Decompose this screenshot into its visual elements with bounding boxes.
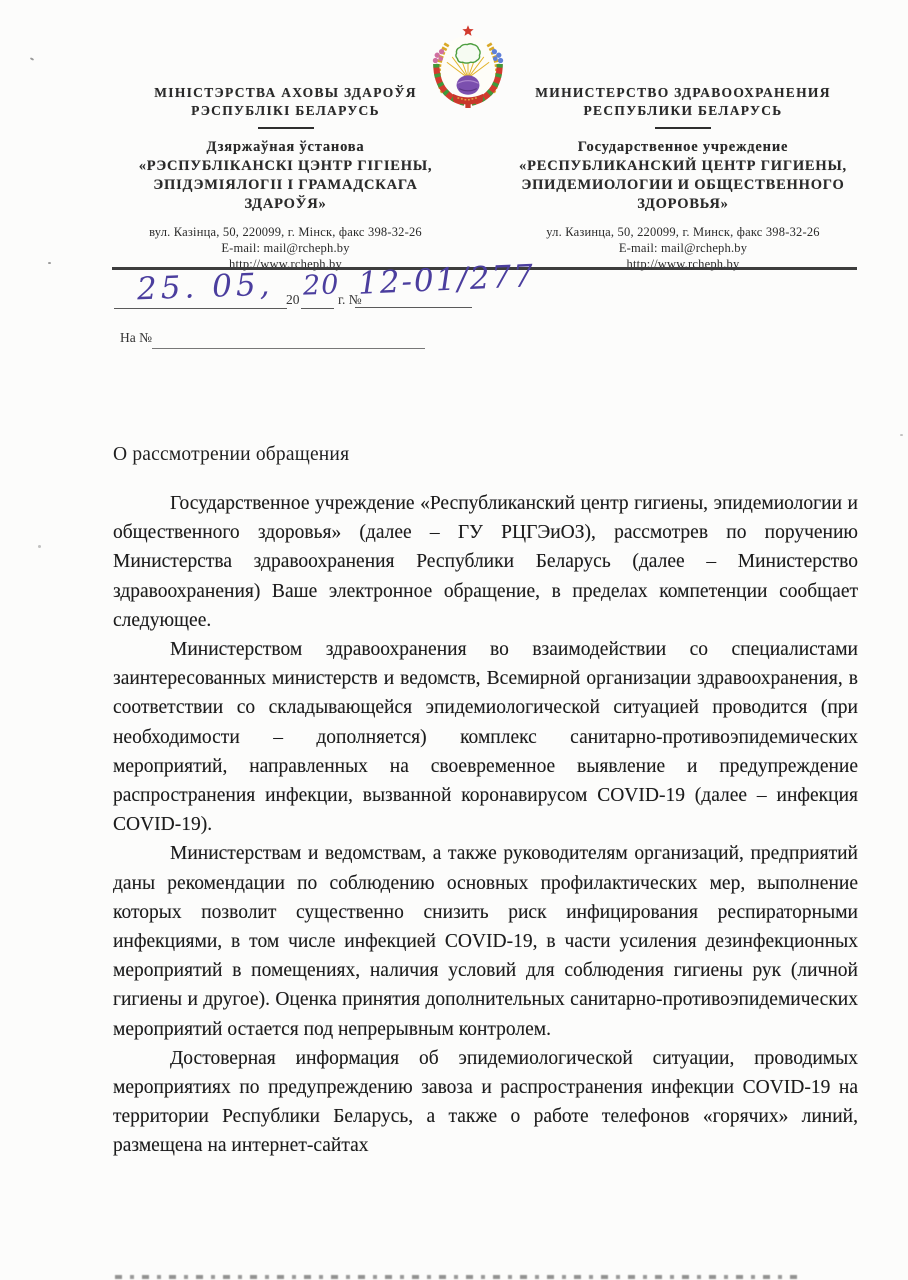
paragraph-3: Министерствам и ведомствам, а также руко… [113,839,858,1043]
divider [258,127,314,129]
letterhead-left: МІНІСТЭРСТВА АХОВЫ ЗДАРОЎЯ РЭСПУБЛІКІ БЕ… [103,84,468,272]
date-underline [114,308,287,309]
letter-subject: О рассмотрении обращения [113,444,349,466]
incoming-number-label: На № [120,330,152,346]
org-name-by-line1: «РЭСПУБЛІКАНСКІ ЦЭНТР ГІГІЕНЫ, [103,157,468,176]
divider [655,127,711,129]
org-name-by-line2: ЭПІДЭМІЯЛОГІІ І ГРАМАДСКАГА [103,176,468,195]
cut-off-text-line [115,1275,805,1279]
handwritten-ref-number: 12-01/277 [357,258,535,302]
scanned-letter-page: МІНІСТЭРСТВА АХОВЫ ЗДАРОЎЯ РЭСПУБЛІКІ БЕ… [0,0,908,1280]
org-name-ru-line1: «РЕСПУБЛИКАНСКИЙ ЦЕНТР ГИГИЕНЫ, [497,157,869,176]
ministry-name-ru-line2: РЕСПУБЛИКИ БЕЛАРУСЬ [497,102,869,120]
address-by: вул. Казінца, 50, 220099, г. Мінск, факс… [103,224,468,240]
letter-body: Государственное учреждение «Республиканс… [113,489,858,1161]
paragraph-2: Министерством здравоохранения во взаимод… [113,635,858,839]
scan-speck [38,545,41,548]
scan-speck [30,57,34,61]
handwritten-date: 25. 05, [136,267,274,308]
ref-number-underline [355,307,472,308]
year-underline [301,308,334,309]
incoming-number-underline [152,348,425,349]
handwritten-year: 20 [302,269,339,301]
email-ru: E-mail: mail@rcheph.by [497,240,869,256]
printed-year-prefix: 20 [286,292,300,308]
org-type-by: Дзяржаўная ўстанова [103,138,468,157]
org-name-by-line3: ЗДАРОЎЯ» [103,195,468,214]
scan-speck [900,434,903,436]
ministry-name-ru-line1: МИНИСТЕРСТВО ЗДРАВООХРАНЕНИЯ [497,84,869,102]
paragraph-1: Государственное учреждение «Республиканс… [113,489,858,635]
org-type-ru: Государственное учреждение [497,138,869,157]
letterhead-right: МИНИСТЕРСТВО ЗДРАВООХРАНЕНИЯ РЕСПУБЛИКИ … [497,84,869,272]
org-name-ru-line3: ЗДОРОВЬЯ» [497,195,869,214]
ministry-name-by-line2: РЭСПУБЛІКІ БЕЛАРУСЬ [103,102,468,120]
ministry-name-by-line1: МІНІСТЭРСТВА АХОВЫ ЗДАРОЎЯ [103,84,468,102]
org-name-ru-line2: ЭПИДЕМИОЛОГИИ И ОБЩЕСТВЕННОГО [497,176,869,195]
scan-speck [48,262,51,264]
address-ru: ул. Казинца, 50, 220099, г. Минск, факс … [497,224,869,240]
email-by: E-mail: mail@rcheph.by [103,240,468,256]
paragraph-4: Достоверная информация об эпидемиологиче… [113,1044,858,1161]
